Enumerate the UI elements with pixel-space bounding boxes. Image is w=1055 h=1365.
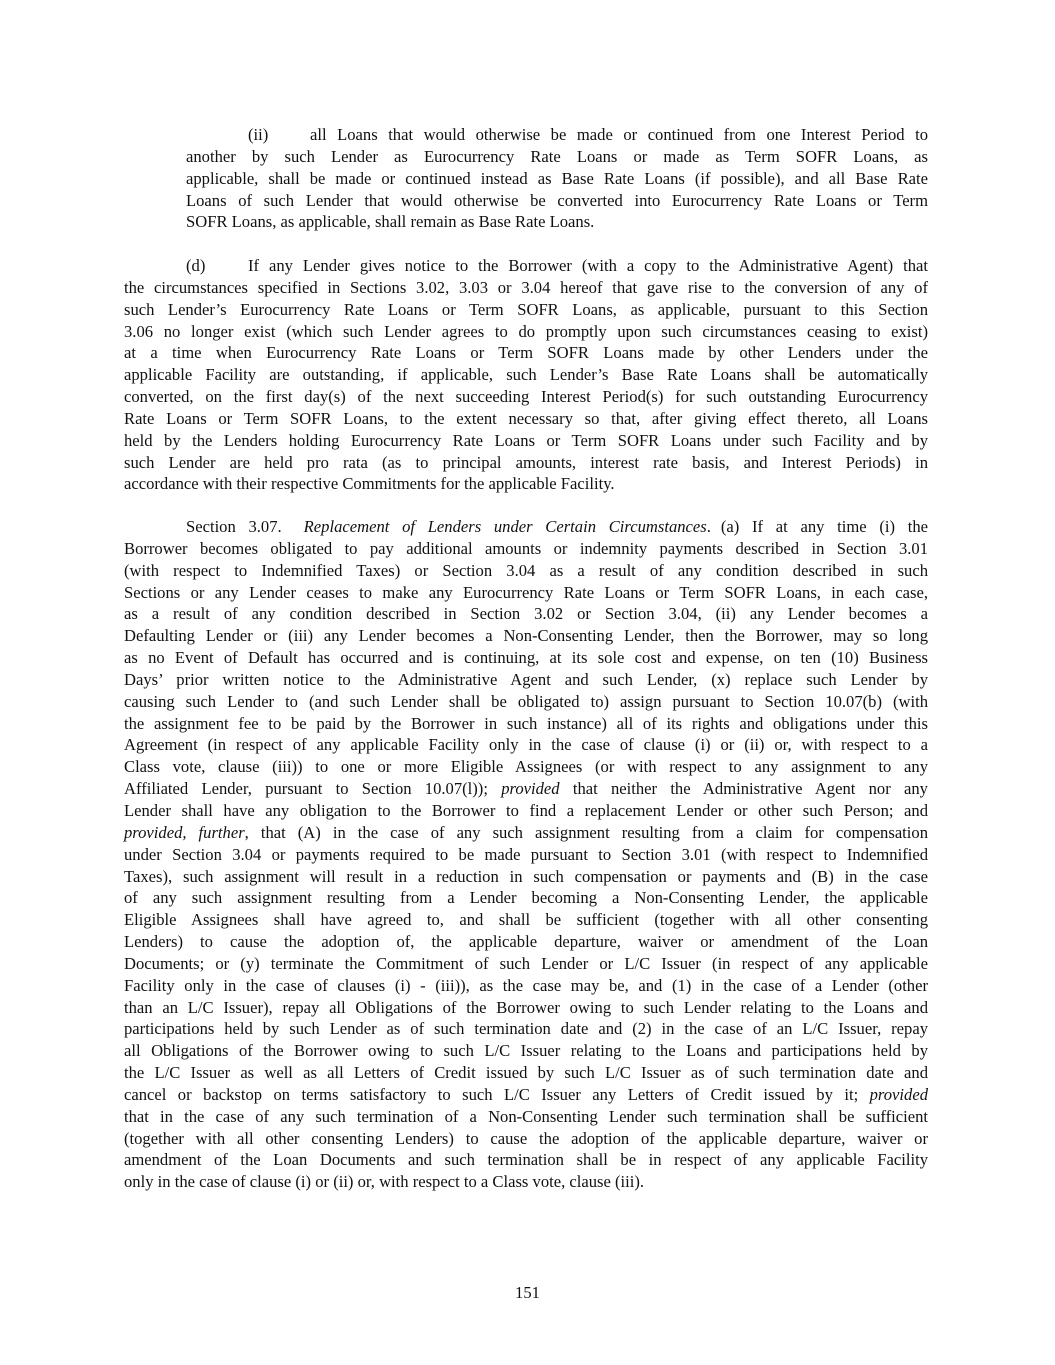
text-line: 3.06 no longer exist (which such Lender … xyxy=(124,321,928,343)
paragraph-d: (d)If any Lender gives notice to the Bor… xyxy=(124,255,928,495)
defined-term-provided: provided xyxy=(501,779,559,798)
text-line: converted, on the first day(s) of the ne… xyxy=(124,386,928,408)
text-line: Taxes), such assignment will result in a… xyxy=(124,866,928,888)
section-heading: Replacement of Lenders under Certain Cir… xyxy=(304,517,707,536)
text-span: . xyxy=(707,517,711,536)
clause-label: (ii) xyxy=(248,124,310,146)
text-line: amendment of the Loan Documents and such… xyxy=(124,1149,928,1171)
document-page: (ii)all Loans that would otherwise be ma… xyxy=(0,0,1055,1365)
text-line: Class vote, clause (iii)) to one or more… xyxy=(124,756,928,778)
clause-label: (d) xyxy=(186,255,248,277)
text-line: Documents; or (y) terminate the Commitme… xyxy=(124,953,928,975)
text-line: Loans of such Lender that would otherwis… xyxy=(186,190,928,212)
text-line: Lender shall have any obligation to the … xyxy=(124,800,928,822)
text-line: Days’ prior written notice to the Admini… xyxy=(124,669,928,691)
text-span: If any Lender gives notice to the Borrow… xyxy=(248,256,928,275)
text-line: as a result of any condition described i… xyxy=(124,603,928,625)
text-line: (ii)all Loans that would otherwise be ma… xyxy=(186,124,928,146)
text-line: (d)If any Lender gives notice to the Bor… xyxy=(124,255,928,277)
text-line: that in the case of any such termination… xyxy=(124,1106,928,1128)
text-line: the L/C Issuer as well as all Letters of… xyxy=(124,1062,928,1084)
text-line: all Obligations of the Borrower owing to… xyxy=(124,1040,928,1062)
text-line: only in the case of clause (i) or (ii) o… xyxy=(124,1171,928,1193)
page-number: 151 xyxy=(0,1282,1055,1304)
text-line: Rate Loans or Term SOFR Loans, to the ex… xyxy=(124,408,928,430)
text-line: such Lender’s Eurocurrency Rate Loans or… xyxy=(124,299,928,321)
section-number: Section 3.07. xyxy=(186,517,282,536)
section-heading-line: Section 3.07.Replacement of Lenders unde… xyxy=(124,516,928,538)
text-span: (a) If at any time (i) the xyxy=(721,517,928,536)
text-line: (with respect to Indemnified Taxes) or S… xyxy=(124,560,928,582)
text-line: as no Event of Default has occurred and … xyxy=(124,647,928,669)
paragraph-ii: (ii)all Loans that would otherwise be ma… xyxy=(186,124,928,233)
text-line: applicable Facility are outstanding, if … xyxy=(124,364,928,386)
text-line: Lenders) to cause the adoption of, the a… xyxy=(124,931,928,953)
defined-term-provided: provided xyxy=(870,1085,928,1104)
text-line: Borrower becomes obligated to pay additi… xyxy=(124,538,928,560)
text-line: accordance with their respective Commitm… xyxy=(124,473,928,495)
text-line: SOFR Loans, as applicable, shall remain … xyxy=(186,211,928,233)
text-span: cancel or backstop on terms satisfactory… xyxy=(124,1085,870,1104)
text-span: , that (A) in the case of any such assig… xyxy=(245,823,928,842)
text-line: applicable, shall be made or continued i… xyxy=(186,168,928,190)
text-line: than an L/C Issuer), repay all Obligatio… xyxy=(124,997,928,1019)
text-line: at a time when Eurocurrency Rate Loans o… xyxy=(124,342,928,364)
text-line: participations held by such Lender as of… xyxy=(124,1018,928,1040)
text-line: causing such Lender to (and such Lender … xyxy=(124,691,928,713)
text-line: under Section 3.04 or payments required … xyxy=(124,844,928,866)
text-line: provided, further, that (A) in the case … xyxy=(124,822,928,844)
text-line: Eligible Assignees shall have agreed to,… xyxy=(124,909,928,931)
text-line: Defaulting Lender or (iii) any Lender be… xyxy=(124,625,928,647)
text-line: such Lender are held pro rata (as to pri… xyxy=(124,452,928,474)
defined-term-provided-further: provided, further xyxy=(124,823,245,842)
text-line: the assignment fee to be paid by the Bor… xyxy=(124,713,928,735)
text-line: another by such Lender as Eurocurrency R… xyxy=(186,146,928,168)
text-span: that neither the Administrative Agent no… xyxy=(560,779,928,798)
text-line: (together with all other consenting Lend… xyxy=(124,1128,928,1150)
text-line: Affiliated Lender, pursuant to Section 1… xyxy=(124,778,928,800)
text-span: all Loans that would otherwise be made o… xyxy=(310,125,928,144)
section-3-07: Section 3.07.Replacement of Lenders unde… xyxy=(124,516,928,1193)
text-line: Facility only in the case of clauses (i)… xyxy=(124,975,928,997)
text-span: Affiliated Lender, pursuant to Section 1… xyxy=(124,779,501,798)
text-line: cancel or backstop on terms satisfactory… xyxy=(124,1084,928,1106)
text-line: the circumstances specified in Sections … xyxy=(124,277,928,299)
text-line: held by the Lenders holding Eurocurrency… xyxy=(124,430,928,452)
text-line: Agreement (in respect of any applicable … xyxy=(124,734,928,756)
text-line: of any such assignment resulting from a … xyxy=(124,887,928,909)
text-line: Sections or any Lender ceases to make an… xyxy=(124,582,928,604)
